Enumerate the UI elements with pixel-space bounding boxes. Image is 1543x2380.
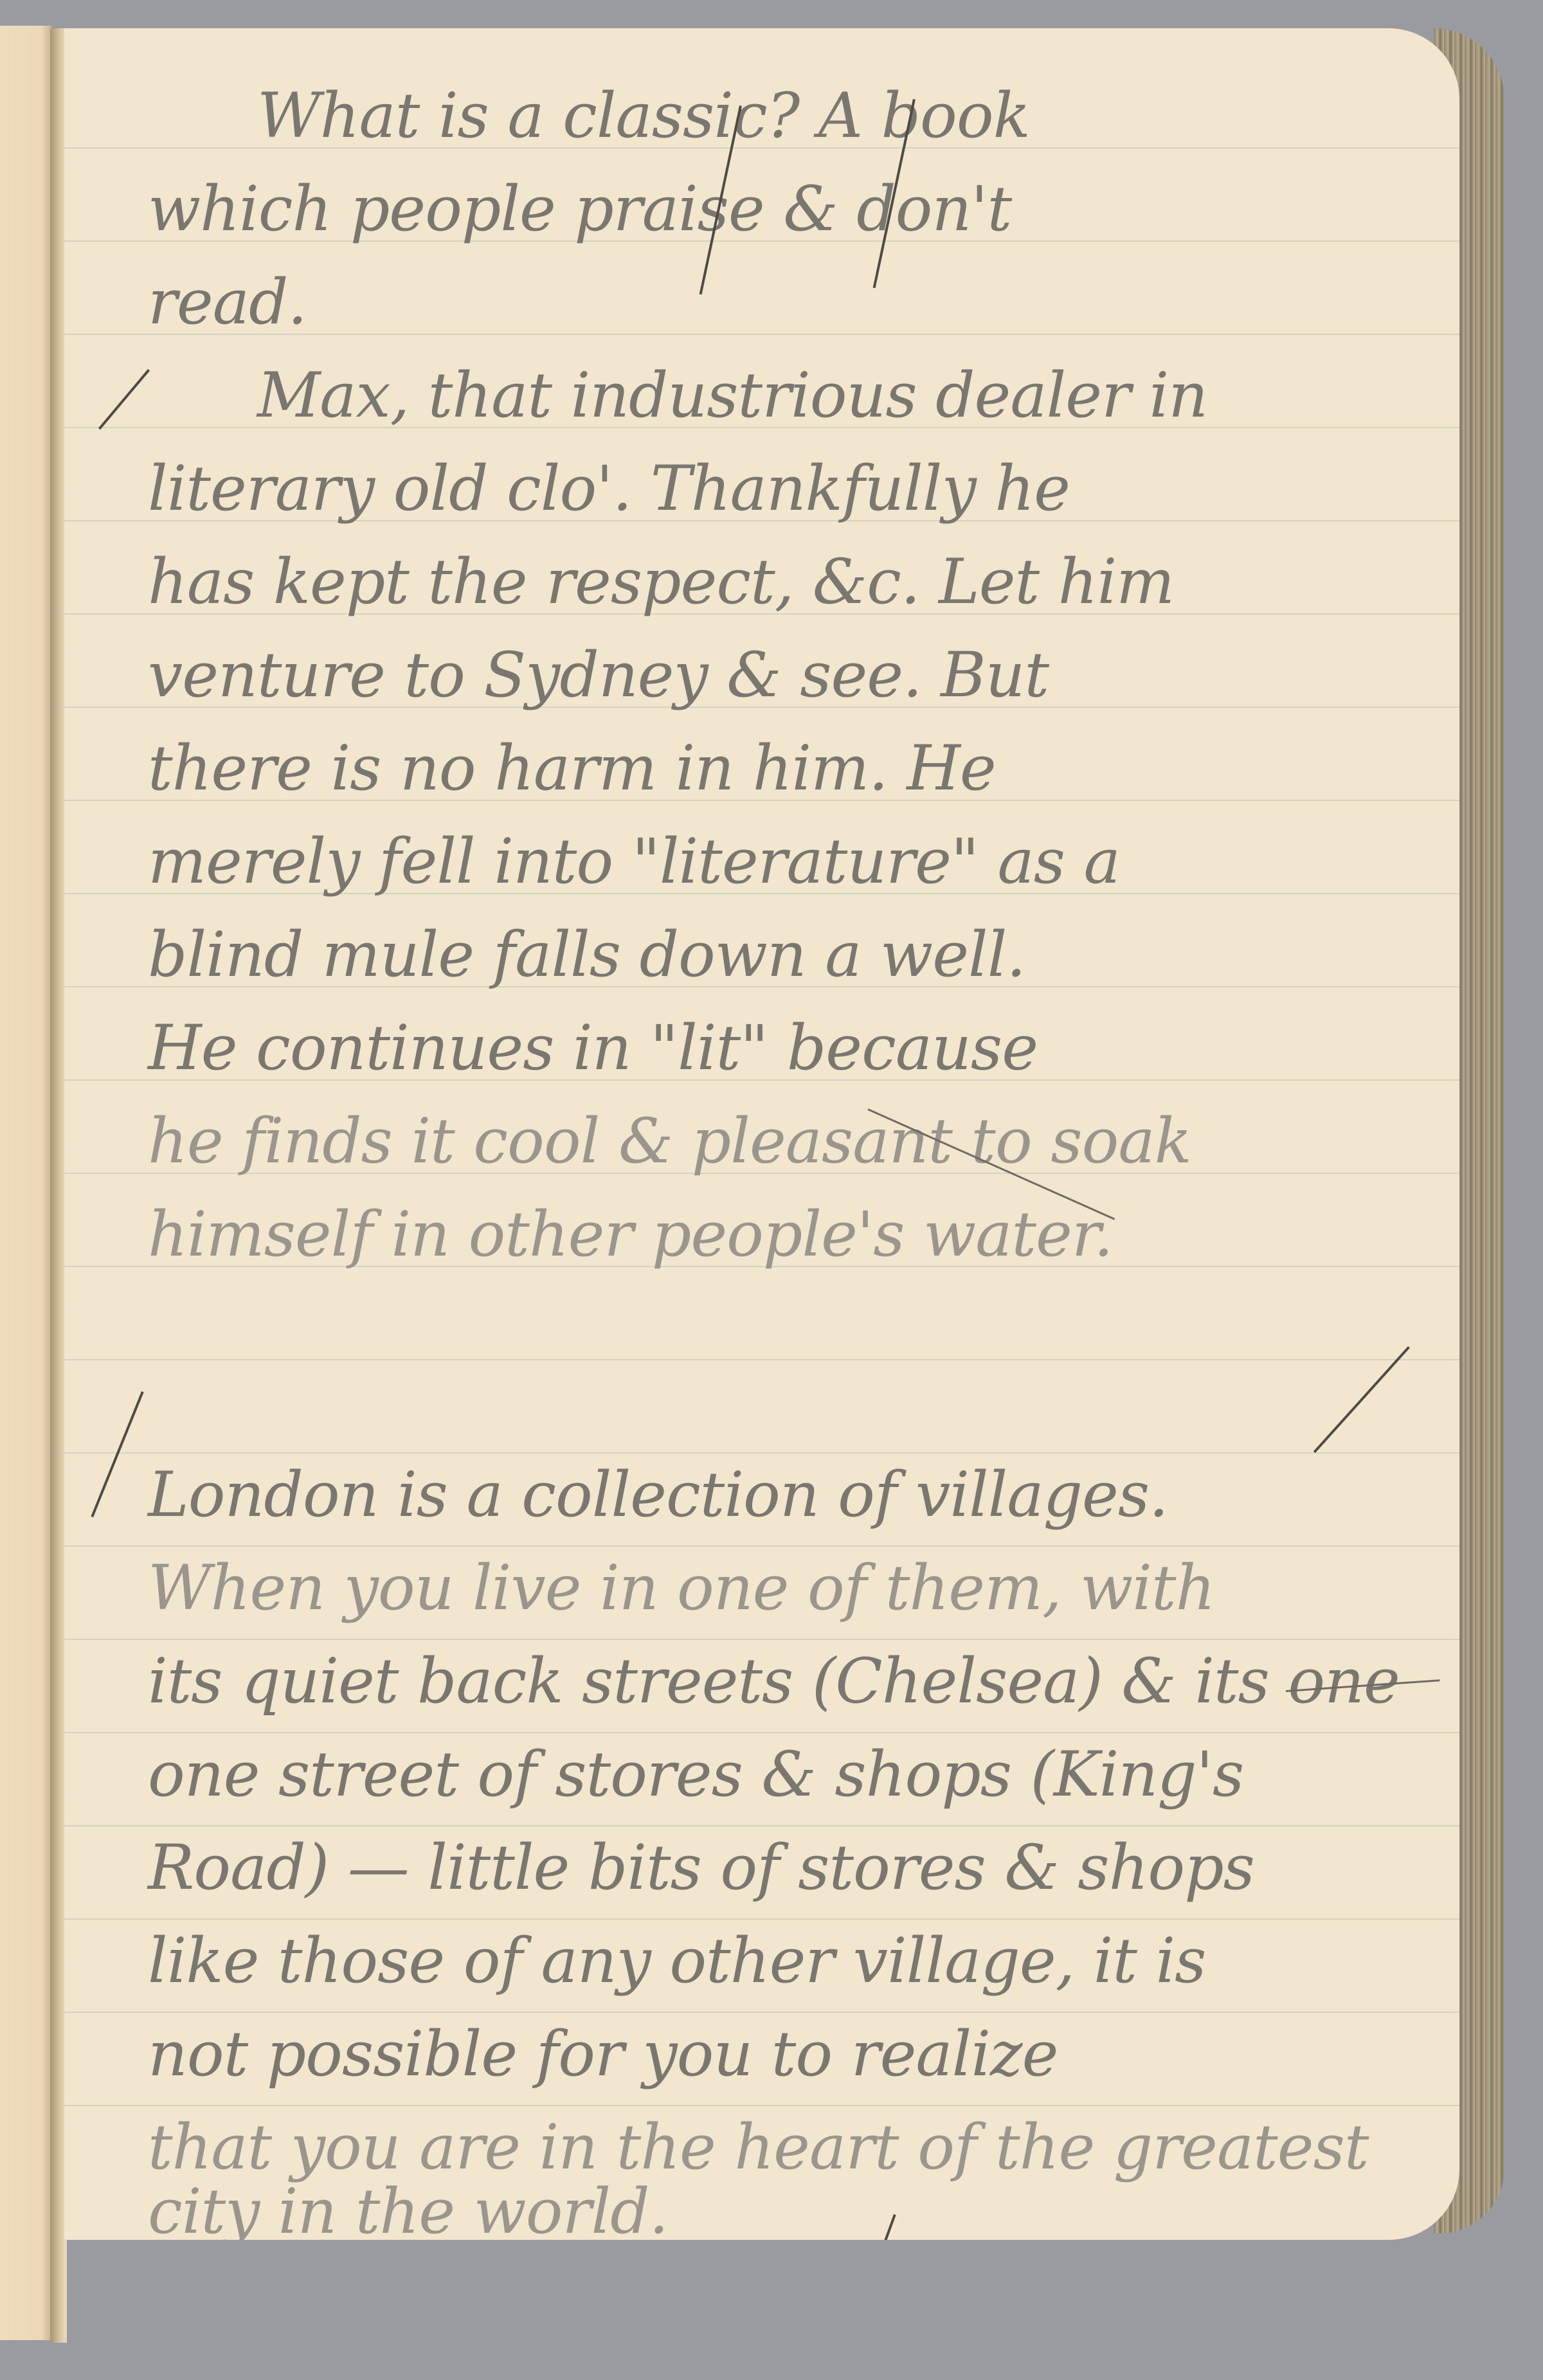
- bracket-mark: [1313, 1346, 1410, 1453]
- notebook-page: What is a classic? A book which people p…: [64, 28, 1459, 2240]
- text-line: city in the world.: [148, 2176, 668, 2240]
- text-line: Road) — little bits of stores & shops: [148, 1832, 1254, 1904]
- text-line: that you are in the heart of the greates…: [148, 2111, 1368, 2183]
- text-line: there is no harm in him. He: [148, 732, 996, 804]
- text-line: When you live in one of them, with: [148, 1552, 1214, 1624]
- text-line: venture to Sydney & see. But: [148, 639, 1049, 711]
- text-line: like those of any other village, it is: [148, 1925, 1205, 1997]
- text-line: one street of stores & shops (King's: [148, 1738, 1243, 1810]
- text-line: merely fell into "literature" as a: [148, 825, 1120, 897]
- text-line: himself in other people's water.: [148, 1198, 1113, 1270]
- text-line: not possible for you to realize: [148, 2018, 1058, 2090]
- text-line: literary old clo'. Thankfully he: [148, 453, 1070, 525]
- text-line: blind mule falls down a well.: [148, 919, 1025, 991]
- text-line: Max, that industrious dealer in: [257, 359, 1207, 431]
- text-line: which people praise & don't: [148, 173, 1011, 245]
- bracket-mark: [91, 1391, 143, 1517]
- text-line: he finds it cool & pleasant to soak: [148, 1105, 1191, 1177]
- text-line: He continues in "lit" because: [148, 1012, 1038, 1084]
- text-line: its quiet back streets (Chelsea) & its o…: [148, 1645, 1400, 1717]
- bracket-mark: [98, 369, 150, 429]
- slash-mark: [858, 2214, 896, 2240]
- text-line: has kept the respect, &c. Let him: [148, 546, 1174, 618]
- text-line: What is a classic? A book: [257, 80, 1030, 152]
- text-line: London is a collection of villages.: [148, 1459, 1168, 1531]
- facing-page-edge: [0, 26, 51, 2340]
- text-line: read.: [148, 266, 307, 338]
